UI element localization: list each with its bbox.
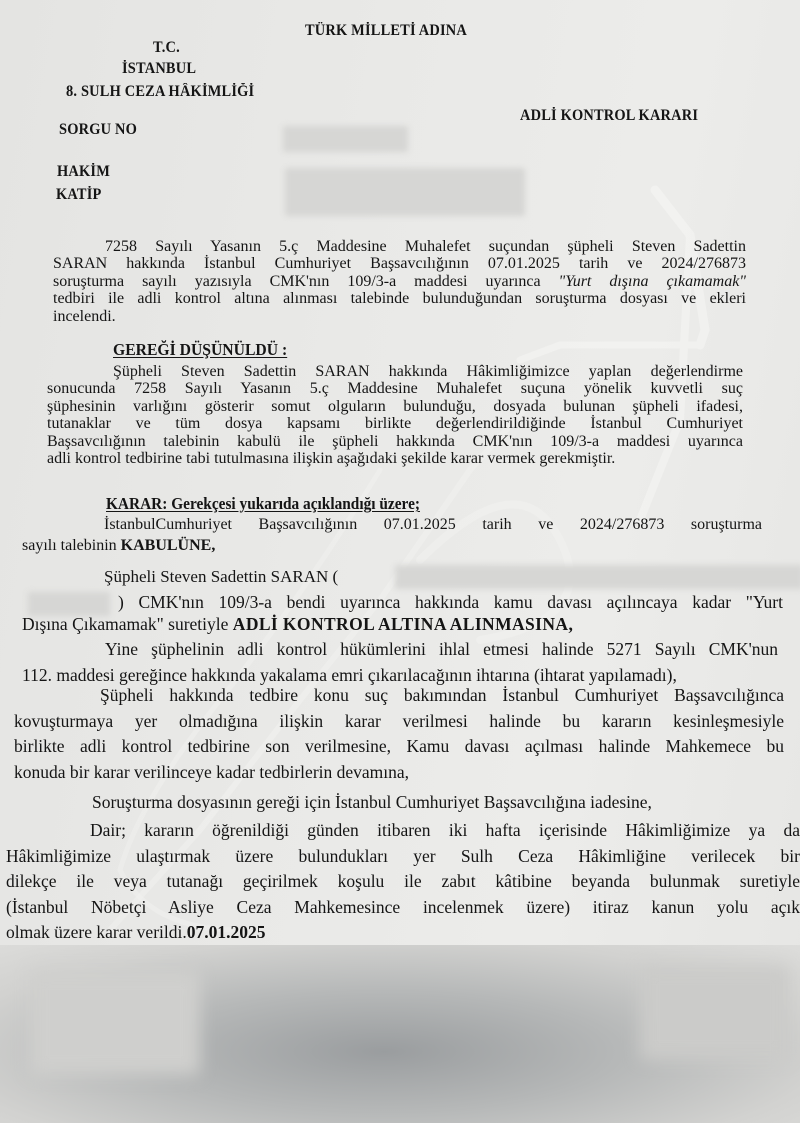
intro-line: SARAN hakkında İstanbul Cumhuriyet Başsa… (53, 255, 746, 272)
decision-line: kovuşturmaya yer olmadığına ilişkin kara… (14, 709, 784, 735)
decision-text: sayılı talebinin (22, 537, 121, 554)
signature-block-left (30, 970, 200, 1075)
decision-line: (İstanbul Nöbetçi Asliye Ceza Mahkemesin… (6, 895, 800, 921)
field-label-hakim: HAKİM (57, 163, 110, 181)
signature-block-right (640, 965, 790, 1060)
decision-line: sayılı talebinin KABULÜNE, (22, 537, 762, 554)
considered-line: Şüpheli Steven Sadettin SARAN hakkında H… (47, 363, 743, 380)
signature-area-redacted (0, 945, 800, 1123)
considered-heading: GEREĞİ DÜŞÜNÜLDÜ : (113, 340, 287, 360)
sorgu-no-redacted (283, 126, 408, 152)
quoted-measure: "Yurt dışına çıkamamak" (559, 273, 746, 290)
decision-text: Dışına Çıkamamak" suretiyle (22, 614, 233, 634)
considered-line: şüphesinin varlığını gösterir somut olgu… (47, 398, 743, 415)
decision-p1: İstanbulCumhuriyet Başsavcılığının 07.01… (22, 516, 762, 555)
court-name: 8. SULH CEZA HÂKİMLİĞİ (66, 83, 254, 101)
considered-paragraph: Şüpheli Steven Sadettin SARAN hakkında H… (47, 363, 743, 467)
decision-line: Şüpheli hakkında tedbire konu suç bakımı… (14, 683, 784, 709)
judge-clerk-redacted (285, 168, 525, 216)
suspect-id-redacted-2 (28, 592, 110, 616)
court-document-page: TÜRK MİLLETİ ADINA T.C. İSTANBUL 8. SULH… (0, 0, 800, 1123)
intro-line: incelendi. (53, 308, 746, 325)
closing-text: olmak üzere karar verildi. (6, 922, 187, 942)
suspect-id-redacted (395, 565, 800, 589)
intro-line: tedbiri ile adli kontrol altına alınması… (53, 290, 746, 307)
decision-line: birlikte adli kontrol tedbirine son veri… (14, 734, 784, 760)
city-label: İSTANBUL (122, 60, 196, 78)
decision-line: konuda bir karar verilinceye kadar tedbi… (14, 760, 784, 786)
decision-line: Dair; kararın öğrenildiği günden itibare… (6, 818, 800, 844)
decision-p3: Yine şüphelinin adli kontrol hükümlerini… (22, 637, 778, 688)
national-title: TÜRK MİLLETİ ADINA (305, 22, 467, 40)
decision-line: İstanbulCumhuriyet Başsavcılığının 07.01… (22, 516, 762, 533)
decision-p6: Dair; kararın öğrenildiği günden itibare… (6, 818, 800, 946)
considered-line: adli kontrol tedbirine tabi tutulmasına … (47, 450, 743, 467)
decision-line: Dışına Çıkamamak" suretiyle ADLİ KONTROL… (22, 614, 573, 635)
decision-line: Hâkimliğimize ulaştırmak üzere bulundukl… (6, 844, 800, 870)
intro-line: 7258 Sayılı Yasanın 5.ç Maddesine Muhale… (53, 238, 746, 255)
field-label-katip: KATİP (56, 186, 102, 204)
intro-line: soruşturma sayılı yazısıyla CMK'nın 109/… (53, 273, 746, 290)
considered-line: tutanaklar ve tüm dosya kapsamı birlikte… (47, 415, 743, 432)
decision-date: 07.01.2025 (187, 922, 266, 942)
decision-p5: Soruşturma dosyasının gereği için İstanb… (92, 792, 652, 813)
adli-kontrol-label: ADLİ KONTROL ALTINA ALINMASINA, (233, 614, 573, 634)
suspect-line: Şüpheli Steven Sadettin SARAN ( (104, 567, 338, 587)
country-label: T.C. (153, 39, 180, 57)
closing-line: olmak üzere karar verildi.07.01.2025 (6, 920, 800, 946)
decision-p4: Şüpheli hakkında tedbire konu suç bakımı… (14, 683, 784, 785)
acceptance-label: KABULÜNE, (121, 537, 216, 554)
decision-line: Yine şüphelinin adli kontrol hükümlerini… (22, 637, 778, 663)
document-type-title: ADLİ KONTROL KARARI (520, 107, 698, 125)
intro-paragraph: 7258 Sayılı Yasanın 5.ç Maddesine Muhale… (53, 238, 746, 325)
decision-line: ) CMK'nın 109/3-a bendi uyarınca hakkınd… (118, 592, 783, 613)
intro-line-text: soruşturma sayılı yazısıyla CMK'nın 109/… (53, 273, 541, 290)
decision-line: dilekçe ile veya tutanağı geçirilmek koş… (6, 869, 800, 895)
considered-line: Başsavcılığının talebinin kabulü ile şüp… (47, 433, 743, 450)
field-label-sorgu-no: SORGU NO (59, 121, 137, 139)
decision-heading: KARAR: Gerekçesi yukarıda açıklandığı üz… (106, 494, 420, 514)
considered-line: sonucunda 7258 Sayılı Yasanın 5.ç Maddes… (47, 380, 743, 397)
